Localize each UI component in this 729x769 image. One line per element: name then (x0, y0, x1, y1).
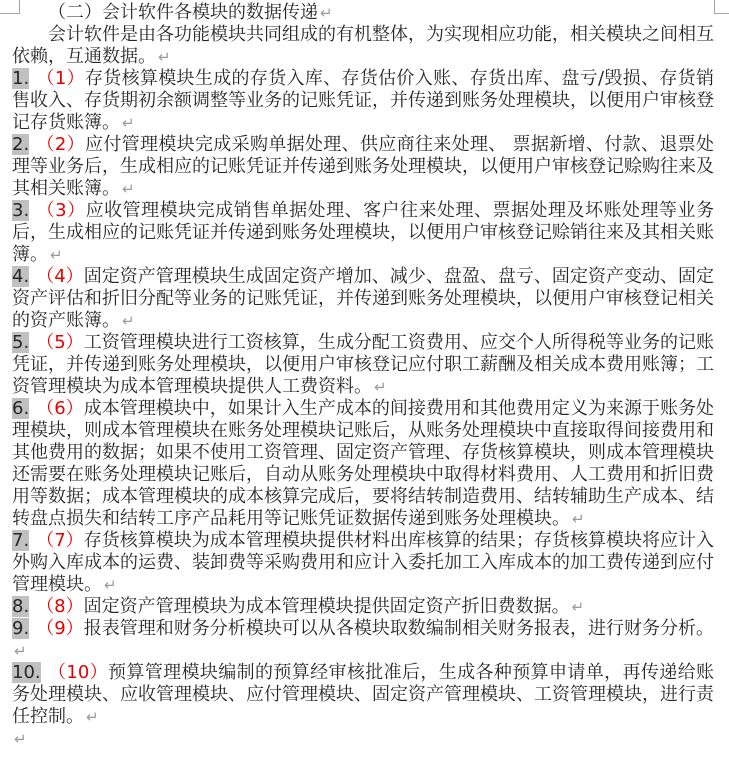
item-number-highlight: 10. (12, 662, 41, 683)
list-item-paragraph: 1.（1）存货核算模块生成的存货入库、存货估价入账、存货出库、盘亏/毁损、存货销… (12, 68, 714, 134)
item-number-highlight: 5. (12, 332, 29, 353)
item-red-label: （1） (36, 68, 85, 89)
item-text: 应付管理模块完成采购单据处理、供应商往来处理、 票据新增、付款、退票处理等业务后… (12, 134, 714, 199)
paragraph-mark-icon: ↵ (158, 48, 171, 66)
item-number-highlight: 2. (12, 134, 29, 155)
paragraph-mark-icon: ↵ (86, 708, 99, 726)
item-red-label: （7） (36, 530, 84, 551)
item-number-highlight: 6. (12, 398, 29, 419)
list-item-paragraph: 9.（9）报表管理和财务分析模块可以从各模块取数编制相关财务报表，进行财务分析。… (12, 618, 714, 662)
paragraph-mark-icon: ↵ (320, 4, 333, 22)
item-number-highlight: 9. (12, 618, 29, 639)
list-item-paragraph: 2.（2）应付管理模块完成采购单据处理、供应商往来处理、 票据新增、付款、退票处… (12, 134, 714, 200)
item-number-highlight: 8. (12, 596, 29, 617)
item-red-label: （8） (36, 596, 83, 617)
item-text: 固定资产管理模块为成本管理模块提供固定资产折旧费数据。 (84, 596, 570, 617)
item-text: 报表管理和财务分析模块可以从各模块取数编制相关财务报表，进行财务分析。 (84, 618, 714, 639)
paragraph-mark-icon: ↵ (122, 180, 135, 198)
item-number-highlight: 1. (12, 68, 29, 89)
numbered-item-list: 1.（1）存货核算模块生成的存货入库、存货估价入账、存货出库、盘亏/毁损、存货销… (12, 68, 714, 728)
item-red-label: （2） (36, 134, 85, 155)
paragraph-mark-icon: ↵ (572, 598, 585, 616)
item-number-highlight: 3. (12, 200, 29, 221)
item-red-label: （6） (36, 398, 84, 419)
item-number-highlight: 7. (12, 530, 29, 551)
paragraph-mark-icon: ↵ (104, 576, 117, 594)
item-text: 固定资产管理模块生成固定资产增加、减少、盘盈、盘亏、固定资产变动、固定资产评估和… (12, 266, 714, 331)
list-item-paragraph: 6.（6）成本管理模块中，如果计入生产成本的间接费用和其他费用定义为来源于账务处… (12, 398, 714, 530)
paragraph-mark-icon: ↵ (50, 246, 63, 264)
list-item-paragraph: 4.（4）固定资产管理模块生成固定资产增加、减少、盘盈、盘亏、固定资产变动、固定… (12, 266, 714, 332)
list-item-paragraph: 7.（7）存货核算模块为成本管理模块提供材料出库核算的结果；存货核算模块将应计入… (12, 530, 714, 596)
item-red-label: （9） (36, 618, 84, 639)
paragraph-mark-icon: ↵ (374, 378, 387, 396)
paragraph-mark-icon: ↵ (14, 730, 27, 748)
heading-text: （二）会计软件各模块的数据传递 (48, 2, 318, 23)
item-text: 预算管理模块编制的预算经审核批准后，生成各种预算申请单，再传递给账务处理模块、应… (12, 662, 714, 727)
list-item-paragraph: 5.（5）工资管理模块进行工资核算，生成分配工资费用、应交个人所得税等业务的记账… (12, 332, 714, 398)
paragraph-mark-icon: ↵ (122, 312, 135, 330)
intro-paragraph: 会计软件是由各功能模块共同组成的有机整体，为实现相应功能，相关模块之间相互依赖，… (12, 24, 714, 68)
item-number-highlight: 4. (12, 266, 29, 287)
text-boundary-top-right-mark (714, 0, 729, 14)
item-red-label: （4） (36, 266, 84, 287)
item-text: 存货核算模块生成的存货入库、存货估价入账、存货出库、盘亏/毁损、存货销售收入、存… (12, 68, 714, 133)
heading-paragraph: （二）会计软件各模块的数据传递↵ (12, 2, 714, 24)
paragraph-mark-icon: ↵ (14, 642, 27, 660)
item-red-label: （3） (36, 200, 85, 221)
item-text: 应收管理模块完成销售单据处理、客户往来处理、票据处理及坏账处理等业务后，生成相应… (12, 200, 714, 265)
item-text: 存货核算模块为成本管理模块提供材料出库核算的结果；存货核算模块将应计入外购入库成… (12, 530, 714, 595)
paragraph-mark-icon: ↵ (572, 510, 585, 528)
item-red-label: （5） (36, 332, 84, 353)
list-item-paragraph: 3.（3）应收管理模块完成销售单据处理、客户往来处理、票据处理及坏账处理等业务后… (12, 200, 714, 266)
list-item-paragraph: 10.（10）预算管理模块编制的预算经审核批准后，生成各种预算申请单，再传递给账… (12, 662, 714, 728)
item-text: 成本管理模块中，如果计入生产成本的间接费用和其他费用定义为来源于账务处理模块，则… (12, 398, 714, 529)
intro-text: 会计软件是由各功能模块共同组成的有机整体，为实现相应功能，相关模块之间相互依赖，… (12, 24, 714, 67)
document-page: （二）会计软件各模块的数据传递↵ 会计软件是由各功能模块共同组成的有机整体，为实… (0, 0, 729, 769)
item-red-label: （10） (48, 662, 108, 683)
document-content: （二）会计软件各模块的数据传递↵ 会计软件是由各功能模块共同组成的有机整体，为实… (12, 2, 714, 750)
list-item-paragraph: 8.（8）固定资产管理模块为成本管理模块提供固定资产折旧费数据。↵ (12, 596, 714, 618)
empty-paragraph: ↵ (12, 728, 714, 750)
item-text: 工资管理模块进行工资核算，生成分配工资费用、应交个人所得税等业务的记账凭证，并传… (12, 332, 714, 397)
paragraph-mark-icon: ↵ (122, 114, 135, 132)
